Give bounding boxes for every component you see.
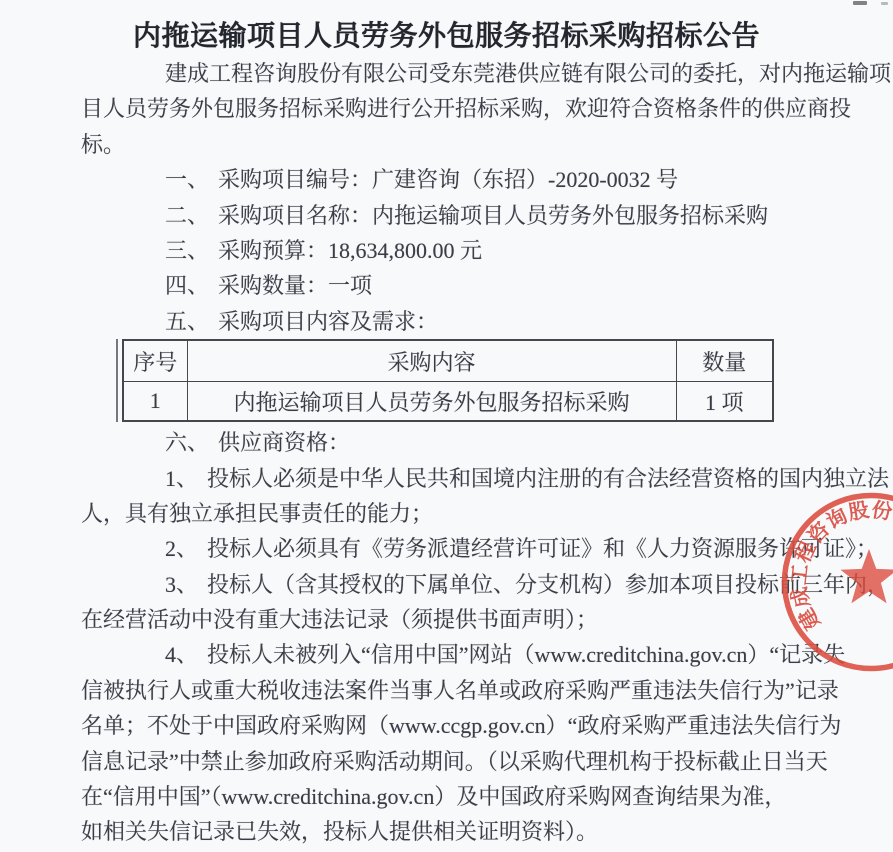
table-header-seq: 序号 [123, 340, 187, 382]
table-header-content: 采购内容 [187, 340, 676, 382]
item-label: 三、 [165, 238, 209, 263]
qualification-line: 在“信用中国”（www.creditchina.gov.cn）及中国政府采购网查… [81, 779, 807, 814]
scanned-document-page: 内拖运输项目人员劳务外包服务招标采购招标公告 建成工程咨询股份有限公司受东莞港供… [0, 0, 893, 852]
numbered-item-project-number: 一、采购项目编号：广建咨询（东招）-2020-0032 号 [81, 162, 807, 197]
item-label: 四、 [165, 273, 209, 298]
qualification-line: 1、投标人必须是中华人民共和国境内注册的有合法经营资格的国内独立法 [81, 461, 807, 496]
table-cell-seq: 1 [123, 382, 187, 422]
numbered-item-project-name: 二、采购项目名称：内拖运输项目人员劳务外包服务招标采购 [81, 198, 807, 233]
qualification-line: 2、投标人必须具有《劳务派遣经营许可证》和《人力资源服务许可证》； [81, 531, 807, 566]
procurement-table-wrapper: 序号 采购内容 数量 1 内拖运输项目人员劳务外包服务招标采购 1 项 [122, 339, 772, 422]
item-text: 采购项目名称：内拖运输项目人员劳务外包服务招标采购 [218, 203, 768, 228]
procurement-table: 序号 采购内容 数量 1 内拖运输项目人员劳务外包服务招标采购 1 项 [122, 339, 774, 422]
qualification-line: 名单；不处于中国政府采购网（www.ccgp.gov.cn）“政府采购严重违法失… [81, 708, 807, 743]
table-cell-qty: 1 项 [676, 382, 773, 422]
numbered-item-supplier-qualification: 六、供应商资格： [81, 425, 807, 460]
item-text: 投标人未被列入“信用中国”网站（www.creditchina.gov.cn）“… [207, 642, 845, 667]
qualification-line: 人，具有独立承担民事责任的能力； [81, 496, 807, 531]
document-title: 内拖运输项目人员劳务外包服务招标采购招标公告 [0, 0, 893, 56]
item-text: 投标人必须具有《劳务派遣经营许可证》和《人力资源服务许可证》； [207, 536, 878, 561]
document-body: 建成工程咨询股份有限公司受东莞港供应链有限公司的委托，对内拖运输项 目人员劳务外… [0, 56, 893, 850]
item-label: 二、 [165, 203, 209, 228]
item-text: 采购项目内容及需求： [218, 309, 438, 334]
intro-paragraph: 建成工程咨询股份有限公司受东莞港供应链有限公司的委托，对内拖运输项 目人员劳务外… [81, 56, 807, 162]
intro-line: 建成工程咨询股份有限公司受东莞港供应链有限公司的委托，对内拖运输项 [81, 56, 807, 91]
qualification-item-1: 1、投标人必须是中华人民共和国境内注册的有合法经营资格的国内独立法 人，具有独立… [81, 461, 807, 532]
qualification-item-2: 2、投标人必须具有《劳务派遣经营许可证》和《人力资源服务许可证》； [81, 531, 807, 566]
item-label: 4、 [165, 642, 198, 667]
qualification-line: 4、投标人未被列入“信用中国”网站（www.creditchina.gov.cn… [81, 637, 807, 672]
qualification-item-3: 3、投标人（含其授权的下属单位、分支机构）参加本项目投标前三年内， 在经营活动中… [81, 567, 807, 638]
table-cell-content: 内拖运输项目人员劳务外包服务招标采购 [187, 382, 676, 422]
table-header-row: 序号 采购内容 数量 [123, 340, 773, 382]
item-label: 一、 [165, 167, 209, 192]
numbered-item-quantity: 四、采购数量：一项 [81, 268, 807, 303]
qualification-item-4: 4、投标人未被列入“信用中国”网站（www.creditchina.gov.cn… [81, 637, 807, 849]
intro-line: 目人员劳务外包服务招标采购进行公开招标采购，欢迎符合资格条件的供应商投 [81, 91, 807, 126]
item-text: 采购项目编号：广建咨询（东招）-2020-0032 号 [218, 167, 678, 192]
item-text: 供应商资格： [218, 430, 350, 455]
numbered-item-budget: 三、采购预算：18,634,800.00 元 [81, 233, 807, 268]
intro-line: 标。 [81, 127, 807, 162]
item-text: 投标人（含其授权的下属单位、分支机构）参加本项目投标前三年内， [207, 572, 889, 597]
qualification-line: 信息记录”中禁止参加政府采购活动期间。（以采购代理机构于投标截止日当天 [81, 744, 807, 779]
item-label: 五、 [165, 309, 209, 334]
item-label: 2、 [165, 536, 198, 561]
scan-speck [881, 2, 888, 5]
qualification-line: 如相关失信记录已失效，投标人提供相关证明资料）。 [81, 814, 807, 849]
qualification-line: 在经营活动中没有重大违法记录（须提供书面声明）； [81, 602, 807, 637]
scan-speck [853, 1, 867, 5]
item-text: 投标人必须是中华人民共和国境内注册的有合法经营资格的国内独立法 [207, 466, 889, 491]
item-label: 1、 [165, 466, 198, 491]
table-header-qty: 数量 [676, 340, 773, 382]
item-text: 采购预算：18,634,800.00 元 [218, 238, 482, 263]
item-label: 六、 [165, 430, 209, 455]
qualification-line: 信被执行人或重大税收违法案件当事人名单或政府采购严重违法失信行为”记录 [81, 673, 807, 708]
numbered-item-content-demand: 五、采购项目内容及需求： [81, 304, 807, 339]
qualification-line: 3、投标人（含其授权的下属单位、分支机构）参加本项目投标前三年内， [81, 567, 807, 602]
item-label: 3、 [165, 572, 198, 597]
item-text: 采购数量：一项 [218, 273, 372, 298]
table-row: 1 内拖运输项目人员劳务外包服务招标采购 1 项 [123, 382, 773, 422]
